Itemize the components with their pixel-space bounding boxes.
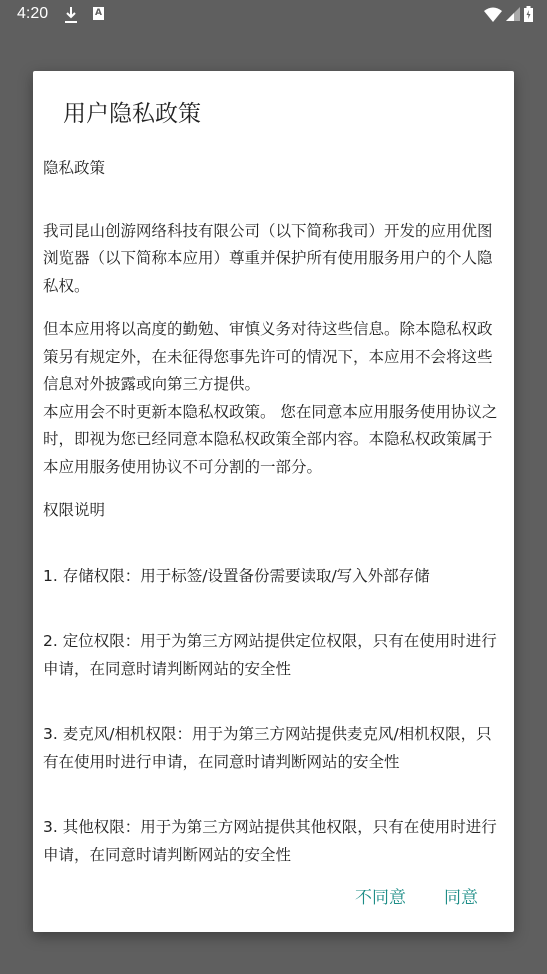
status-bar: 4:20 A <box>0 0 547 30</box>
permission-item: 3. 其他权限：用于为第三方网站提供其他权限，只有在使用时进行申请，在同意时请判… <box>43 814 505 869</box>
paragraph: 本应用会不时更新本隐私权政策。 您在同意本应用服务使用协议之时，即视为您已经同意… <box>43 399 505 482</box>
download-icon <box>64 6 78 24</box>
paragraph: 但本应用将以高度的勤勉、审慎义务对待这些信息。除本隐私权政策另有规定外，在未征得… <box>43 316 505 399</box>
signal-icon <box>506 7 520 21</box>
agree-button[interactable]: 同意 <box>444 883 478 908</box>
dialog-title: 用户隐私政策 <box>63 95 201 128</box>
paragraph: 我司昆山创游网络科技有限公司（以下简称我司）开发的应用优图浏览器（以下简称本应用… <box>43 218 505 301</box>
battery-charging-icon <box>524 6 533 22</box>
section-heading: 权限说明 <box>43 497 505 525</box>
dialog-content[interactable]: 隐私政策 我司昆山创游网络科技有限公司（以下简称我司）开发的应用优图浏览器（以下… <box>43 155 505 869</box>
a-notification-icon: A <box>93 7 104 20</box>
disagree-button[interactable]: 不同意 <box>355 883 406 908</box>
permission-item: 3. 麦克风/相机权限：用于为第三方网站提供麦克风/相机权限，只有在使用时进行申… <box>43 721 505 776</box>
permission-item: 1. 存储权限：用于标签/设置备份需要读取/写入外部存储 <box>43 563 505 591</box>
dialog-actions: 不同意 同意 <box>355 883 478 908</box>
wifi-icon <box>484 7 502 22</box>
section-heading: 隐私政策 <box>43 155 505 183</box>
privacy-dialog: 用户隐私政策 隐私政策 我司昆山创游网络科技有限公司（以下简称我司）开发的应用优… <box>33 71 514 932</box>
status-icons <box>484 6 533 22</box>
permission-item: 2. 定位权限：用于为第三方网站提供定位权限，只有在使用时进行申请，在同意时请判… <box>43 628 505 683</box>
status-time: 4:20 <box>17 5 48 23</box>
